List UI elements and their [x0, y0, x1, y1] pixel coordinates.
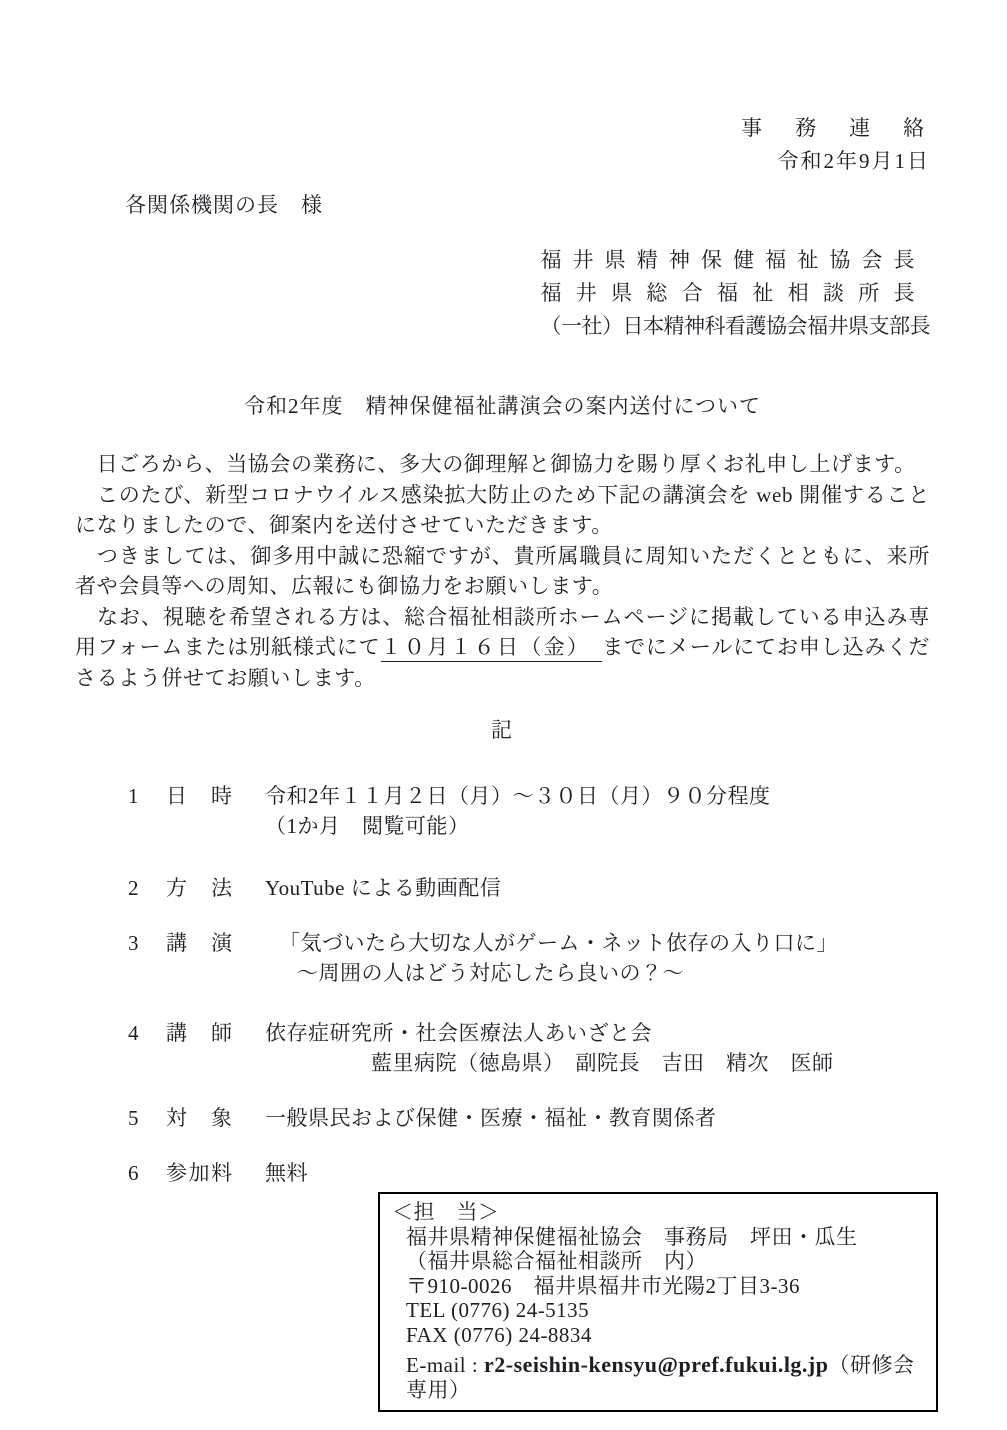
contact-org: 福井県精神保健福祉協会 事務局 坪田・瓜生: [392, 1225, 924, 1250]
sender-line-1: 福井県精神保健福祉協会長: [541, 244, 915, 277]
sender-line-2: 福井県総合福祉相談所長: [541, 277, 915, 310]
item-lecture-line1: 「気づいたら大切な人がゲーム・ネット依存の入り口に」: [279, 928, 838, 958]
item-row-fee: 6 参加料 無料: [128, 1158, 930, 1188]
item-number: 2: [128, 873, 152, 903]
items-list: 1 日 時 令和2年１１月２日（月）～３０日（月）９０分程度 （1か月 閲覧可能…: [75, 781, 930, 1188]
body-paragraph-2: このたび、新型コロナウイルス感染拡大防止のため下記の講演会を web 開催するこ…: [75, 480, 930, 541]
document-page: 事 務 連 絡 令和2年9月1日 各関係機関の長 様 福井県精神保健福祉協会長 …: [0, 0, 1007, 1430]
item-number: 6: [128, 1158, 152, 1188]
item-label: 講 師: [166, 1018, 232, 1048]
item-datetime-line1: 令和2年１１月２日（月）～３０日（月）９０分程度: [265, 781, 771, 811]
item-label: 対 象: [166, 1103, 232, 1133]
item-label: 講 演: [166, 928, 232, 958]
item-label: 方 法: [166, 873, 232, 903]
item-fee-line1: 無料: [265, 1158, 308, 1188]
section-marker-ki: 記: [75, 715, 930, 745]
item-row-lecturer: 4 講 師 依存症研究所・社会医療法人あいざと会 藍里病院（徳島県） 副院長 吉…: [128, 1018, 930, 1078]
contact-dept: （福井県総合福祉相談所 内）: [392, 1249, 924, 1274]
addressee: 各関係機関の長 様: [75, 190, 930, 220]
body-paragraph-4: なお、視聴を希望される方は、総合福祉相談所ホームページに掲載している申込み専用フ…: [75, 602, 930, 694]
contact-heading: ＜担 当＞: [392, 1200, 924, 1225]
doc-type-label: 事 務 連 絡: [75, 112, 930, 144]
item-label: 参加料: [166, 1158, 232, 1188]
body-paragraph-3: つきましては、御多用中誠に恐縮ですが、貴所属職員に周知いただくとともに、来所者や…: [75, 541, 930, 602]
item-number: 3: [128, 928, 152, 958]
item-number: 1: [128, 781, 152, 811]
email-address: r2-seishin-kensyu@pref.fukui.lg.jp: [484, 1352, 829, 1377]
email-label: E-mail :: [406, 1353, 484, 1377]
contact-email-line: E-mail : r2-seishin-kensyu@pref.fukui.lg…: [392, 1353, 924, 1402]
deadline-underlined: １０月１６日（金）: [381, 635, 603, 662]
doc-date: 令和2年9月1日: [75, 144, 930, 178]
item-datetime-line2: （1か月 閲覧可能）: [265, 811, 771, 841]
sender-line-3: （一社）日本精神科看護協会福井県支部長: [541, 310, 931, 343]
contact-address: 〒910-0026 福井県福井市光陽2丁目3-36: [392, 1274, 924, 1299]
item-method-line1: YouTube による動画配信: [265, 873, 501, 903]
item-lecture-line2: ～周囲の人はどう対応したら良いの？～: [297, 958, 838, 988]
item-lecturer-line2: 藍里病院（徳島県） 副院長 吉田 精次 医師: [371, 1048, 834, 1078]
contact-box: ＜担 当＞ 福井県精神保健福祉協会 事務局 坪田・瓜生 （福井県総合福祉相談所 …: [378, 1192, 938, 1412]
item-label: 日 時: [166, 781, 232, 811]
body-paragraph-1: 日ごろから、当協会の業務に、多大の御理解と御協力を賜り厚くお礼申し上げます。: [75, 449, 930, 480]
contact-fax: FAX (0776) 24-8834: [392, 1323, 924, 1348]
item-row-method: 2 方 法 YouTube による動画配信: [128, 873, 930, 903]
item-lecturer-line1: 依存症研究所・社会医療法人あいざと会: [265, 1018, 834, 1048]
sender-block: 福井県精神保健福祉協会長 福井県総合福祉相談所長 （一社）日本精神科看護協会福井…: [75, 244, 930, 343]
item-number: 5: [128, 1103, 152, 1133]
body-text: 日ごろから、当協会の業務に、多大の御理解と御協力を賜り厚くお礼申し上げます。 こ…: [75, 449, 930, 693]
item-row-lecture: 3 講 演 「気づいたら大切な人がゲーム・ネット依存の入り口に」 ～周囲の人はど…: [128, 928, 930, 988]
item-audience-line1: 一般県民および保健・医療・福祉・教育関係者: [265, 1103, 717, 1133]
item-number: 4: [128, 1018, 152, 1048]
doc-title: 令和2年度 精神保健福祉講演会の案内送付について: [75, 391, 930, 421]
item-row-datetime: 1 日 時 令和2年１１月２日（月）～３０日（月）９０分程度 （1か月 閲覧可能…: [128, 781, 930, 841]
item-row-audience: 5 対 象 一般県民および保健・医療・福祉・教育関係者: [128, 1103, 930, 1133]
contact-tel: TEL (0776) 24-5135: [392, 1298, 924, 1323]
